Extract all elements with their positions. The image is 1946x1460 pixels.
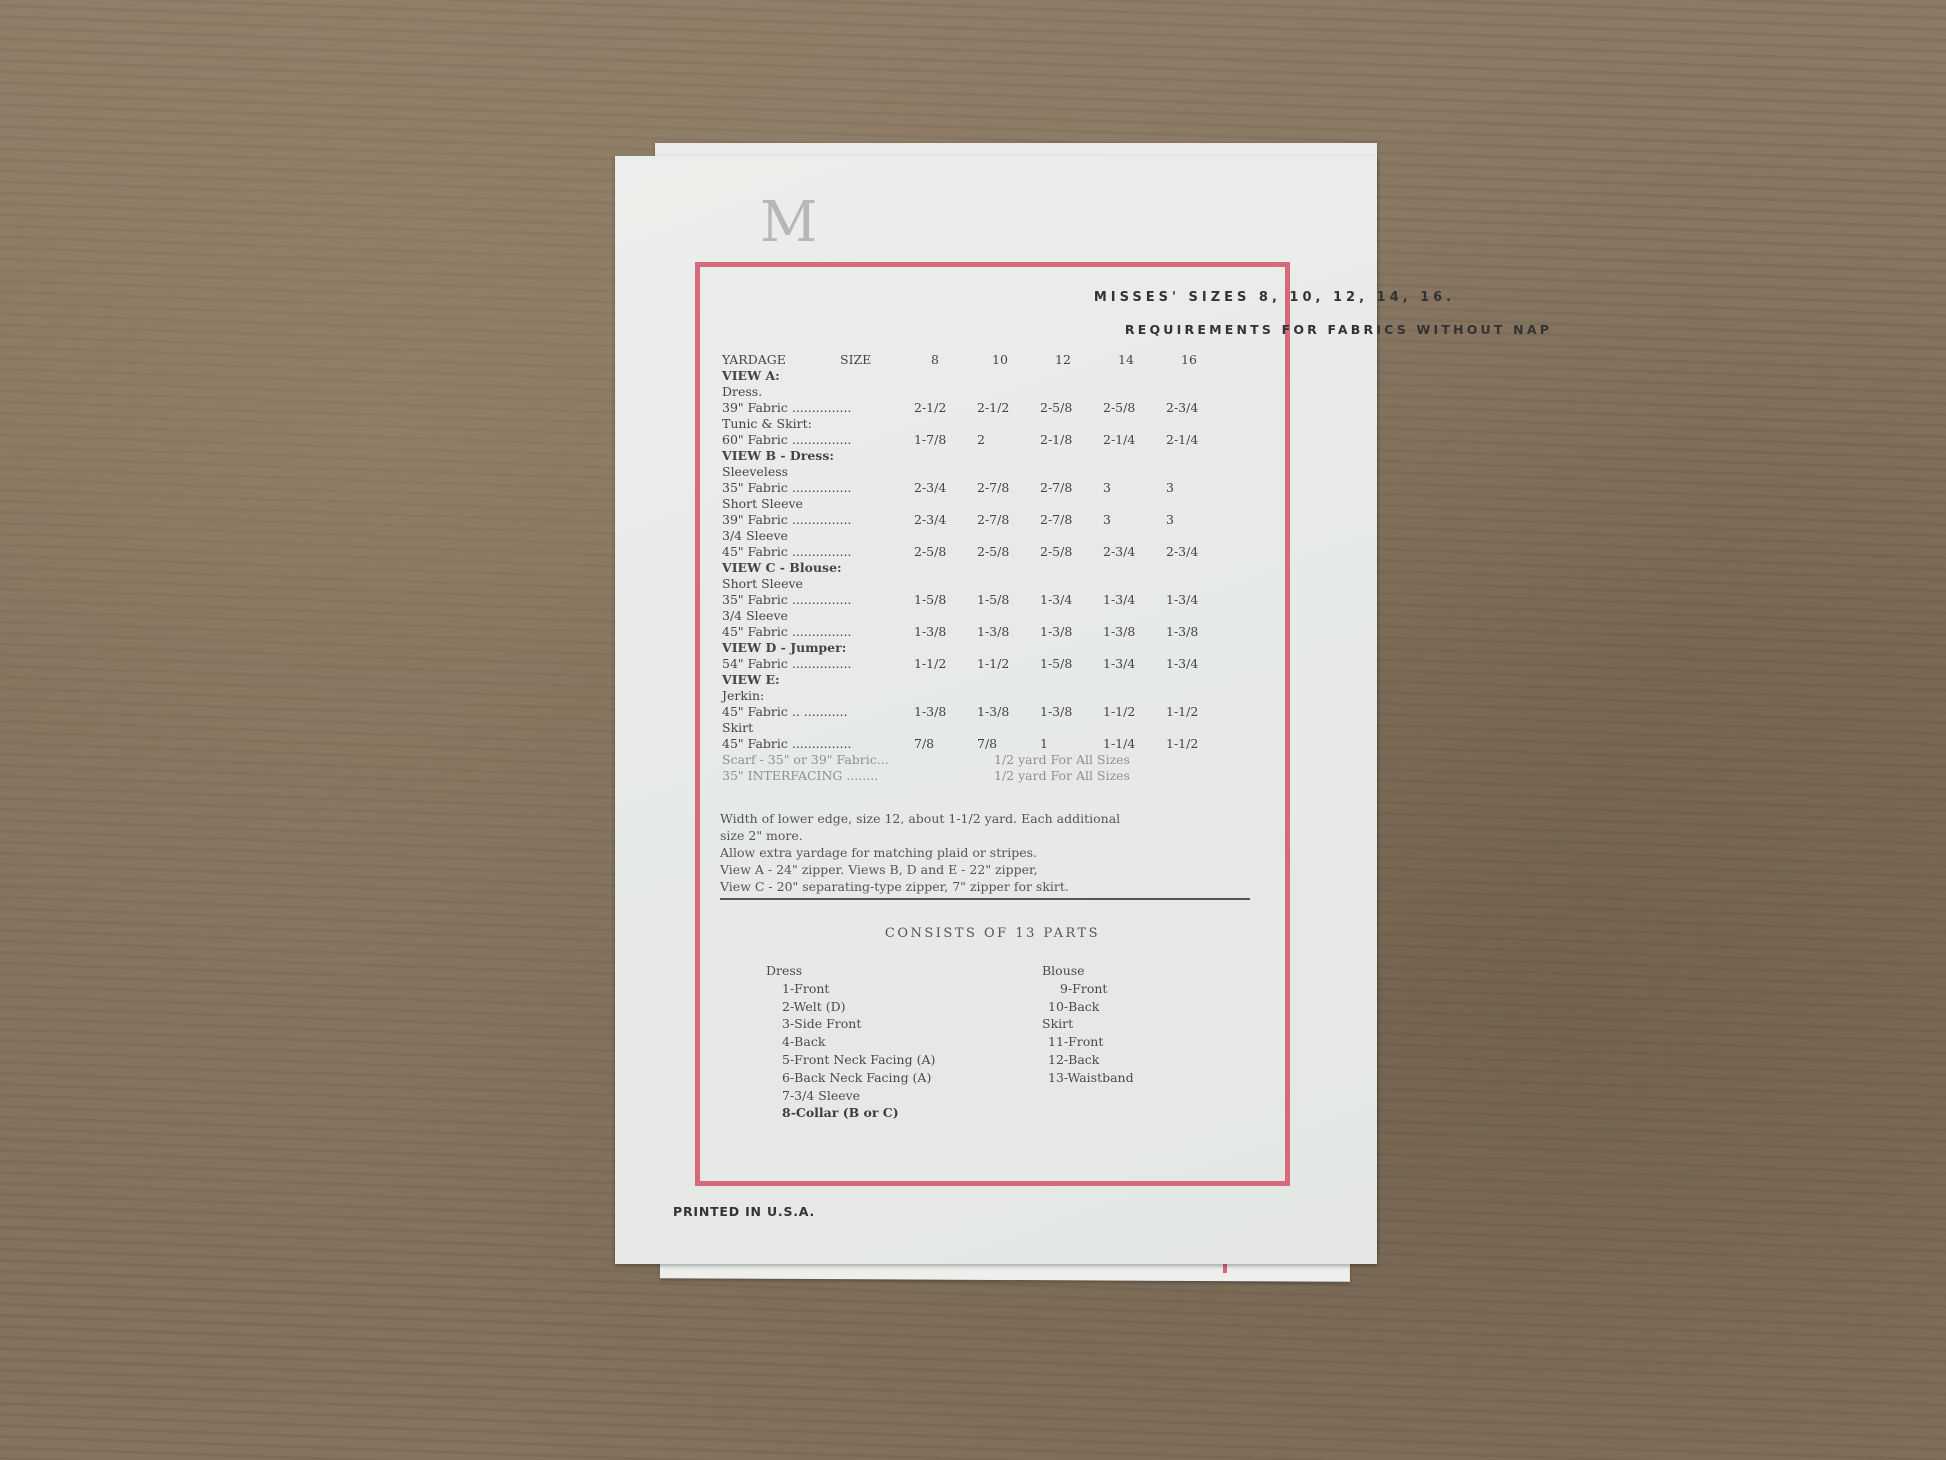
note-line: View A - 24" zipper. Views B, D and E - …: [720, 861, 1260, 878]
parts-column-blouse-skirt: Blouse 9-Front 10-Back Skirt 11-Front 12…: [1042, 962, 1134, 1087]
note-line: size 2" more.: [720, 827, 1260, 844]
part-item: 6-Back Neck Facing (A): [766, 1069, 935, 1087]
yardage-value: 1-3/8: [977, 704, 1009, 720]
requirements-frame: MISSES' SIZES 8, 10, 12, 14, 16. REQUIRE…: [695, 262, 1290, 1186]
yardage-value: 2-7/8: [977, 480, 1009, 496]
row-label: Short Sleeve: [722, 576, 803, 592]
row-label: Skirt: [722, 720, 753, 736]
row-label: Jerkin:: [722, 688, 764, 704]
row-value: 1/2 yard For All Sizes: [994, 752, 1130, 768]
note-line: Allow extra yardage for matching plaid o…: [720, 844, 1260, 861]
yardage-row: 39" Fabric ...............2-1/22-1/22-5/…: [722, 400, 1262, 416]
group-dress-title: Dress: [766, 962, 935, 980]
yardage-value: 3: [1103, 512, 1111, 528]
yardage-row: 45" Fabric ...............7/87/811-1/41-…: [722, 736, 1262, 752]
yardage-value: 1-3/8: [1166, 624, 1198, 640]
view-heading-row: VIEW D - Jumper:: [722, 640, 1262, 656]
size-col-16: 16: [1181, 352, 1197, 368]
group-skirt-title: Skirt: [1042, 1015, 1134, 1033]
garment-subheading-row: Sleeveless: [722, 464, 1262, 480]
yardage-row: 45" Fabric ...............1-3/81-3/81-3/…: [722, 624, 1262, 640]
yardage-value: 1-3/4: [1103, 592, 1135, 608]
row-label: Scarf - 35" or 39" Fabric...: [722, 752, 889, 768]
yardage-value: 3: [1166, 480, 1174, 496]
brand-logo-letter: M: [760, 190, 817, 255]
yardage-value: 1-1/2: [1103, 704, 1135, 720]
part-item: 12-Back: [1042, 1051, 1134, 1069]
row-label: 3/4 Sleeve: [722, 608, 788, 624]
yardage-value: 1-3/4: [1103, 656, 1135, 672]
note-line: View C - 20" separating-type zipper, 7" …: [720, 878, 1260, 895]
yardage-value: 1-3/8: [1040, 624, 1072, 640]
yardage-value: 2-1/8: [1040, 432, 1072, 448]
note-line: Width of lower edge, size 12, about 1-1/…: [720, 810, 1260, 827]
yardage-value: 1-5/8: [914, 592, 946, 608]
section-divider: [720, 898, 1250, 900]
size-label: SIZE: [840, 352, 871, 368]
part-item: 10-Back: [1042, 998, 1134, 1016]
part-item: 3-Side Front: [766, 1015, 935, 1033]
yardage-value: 7/8: [914, 736, 934, 752]
row-label: VIEW A:: [722, 368, 780, 384]
yardage-value: 2-5/8: [1040, 400, 1072, 416]
yardage-value: 2-1/2: [914, 400, 946, 416]
garment-subheading-row: Short Sleeve: [722, 496, 1262, 512]
part-item: 8-Collar (B or C): [766, 1104, 935, 1122]
yardage-row: 45" Fabric .. ...........1-3/81-3/81-3/8…: [722, 704, 1262, 720]
size-col-10: 10: [992, 352, 1008, 368]
garment-subheading-row: Dress.: [722, 384, 1262, 400]
row-label: Dress.: [722, 384, 762, 400]
yardage-value: 1-1/2: [1166, 736, 1198, 752]
yardage-value: 3: [1103, 480, 1111, 496]
part-item: 13-Waistband: [1042, 1069, 1134, 1087]
interfacing-row: 35" INTERFACING ........ 1/2 yard For Al…: [722, 768, 1262, 784]
yardage-value: 2-1/4: [1103, 432, 1135, 448]
requirements-heading: REQUIREMENTS FOR FABRICS WITHOUT NAP: [1046, 322, 1631, 337]
yardage-value: 7/8: [977, 736, 997, 752]
part-item: 9-Front: [1042, 980, 1134, 998]
yardage-label: YARDAGE: [722, 352, 786, 368]
yardage-value: 1-1/2: [977, 656, 1009, 672]
garment-subheading-row: 3/4 Sleeve: [722, 528, 1262, 544]
yardage-value: 2-3/4: [914, 480, 946, 496]
size-col-8: 8: [931, 352, 939, 368]
row-label: 39" Fabric ...............: [722, 512, 851, 528]
row-label: 45" Fabric ...............: [722, 736, 851, 752]
yardage-value: 1: [1040, 736, 1048, 752]
pattern-envelope-back: M MISSES' SIZES 8, 10, 12, 14, 16. REQUI…: [615, 156, 1377, 1264]
part-item: 7-3/4 Sleeve: [766, 1087, 935, 1105]
yardage-value: 1-1/2: [1166, 704, 1198, 720]
yardage-row: 60" Fabric ...............1-7/822-1/82-1…: [722, 432, 1262, 448]
scarf-row: Scarf - 35" or 39" Fabric... 1/2 yard Fo…: [722, 752, 1262, 768]
yardage-value: 1-5/8: [1040, 656, 1072, 672]
row-value: 1/2 yard For All Sizes: [994, 768, 1130, 784]
part-item: 4-Back: [766, 1033, 935, 1051]
yardage-value: 2-7/8: [1040, 512, 1072, 528]
yardage-value: 2-5/8: [977, 544, 1009, 560]
yardage-row: 35" Fabric ...............1-5/81-5/81-3/…: [722, 592, 1262, 608]
row-label: 60" Fabric ...............: [722, 432, 851, 448]
yardage-value: 2-3/4: [914, 512, 946, 528]
row-label: 35" INTERFACING ........: [722, 768, 878, 784]
yardage-value: 2: [977, 432, 985, 448]
yardage-value: 1-3/8: [1103, 624, 1135, 640]
row-label: Sleeveless: [722, 464, 788, 480]
part-item: 11-Front: [1042, 1033, 1134, 1051]
garment-subheading-row: 3/4 Sleeve: [722, 608, 1262, 624]
yardage-value: 2-3/4: [1166, 400, 1198, 416]
yardage-value: 2-3/4: [1166, 544, 1198, 560]
group-blouse-title: Blouse: [1042, 962, 1134, 980]
yardage-value: 3: [1166, 512, 1174, 528]
part-item: 1-Front: [766, 980, 935, 998]
yardage-value: 2-1/2: [977, 400, 1009, 416]
row-label: 35" Fabric ...............: [722, 592, 851, 608]
yardage-rows: VIEW A:Dress.39" Fabric ...............2…: [722, 368, 1262, 752]
yardage-value: 2-3/4: [1103, 544, 1135, 560]
view-heading-row: VIEW A:: [722, 368, 1262, 384]
yardage-table: YARDAGE SIZE 8 10 12 14 16 VIEW A:Dress.…: [722, 352, 1262, 784]
yardage-value: 2-1/4: [1166, 432, 1198, 448]
yardage-value: 1-7/8: [914, 432, 946, 448]
part-item: 5-Front Neck Facing (A): [766, 1051, 935, 1069]
row-label: 45" Fabric ...............: [722, 624, 851, 640]
row-label: VIEW E:: [722, 672, 780, 688]
yardage-value: 1-3/4: [1166, 656, 1198, 672]
sizes-heading: MISSES' SIZES 8, 10, 12, 14, 16.: [982, 290, 1567, 305]
garment-subheading-row: Skirt: [722, 720, 1262, 736]
garment-subheading-row: Tunic & Skirt:: [722, 416, 1262, 432]
yardage-value: 1-3/4: [1166, 592, 1198, 608]
yardage-value: 1-3/4: [1040, 592, 1072, 608]
view-heading-row: VIEW B - Dress:: [722, 448, 1262, 464]
parts-column-dress: Dress 1-Front 2-Welt (D) 3-Side Front 4-…: [766, 962, 935, 1122]
part-item: 2-Welt (D): [766, 998, 935, 1016]
yardage-row: 39" Fabric ...............2-3/42-7/82-7/…: [722, 512, 1262, 528]
yardage-value: 1-5/8: [977, 592, 1009, 608]
row-label: 35" Fabric ...............: [722, 480, 851, 496]
yardage-row: 45" Fabric ...............2-5/82-5/82-5/…: [722, 544, 1262, 560]
garment-subheading-row: Jerkin:: [722, 688, 1262, 704]
row-label: VIEW C - Blouse:: [722, 560, 842, 576]
size-col-12: 12: [1055, 352, 1071, 368]
row-label: 45" Fabric .. ...........: [722, 704, 847, 720]
row-label: Short Sleeve: [722, 496, 803, 512]
yardage-value: 1-3/8: [977, 624, 1009, 640]
yardage-value: 2-5/8: [1103, 400, 1135, 416]
size-col-14: 14: [1118, 352, 1134, 368]
view-heading-row: VIEW E:: [722, 672, 1262, 688]
garment-subheading-row: Short Sleeve: [722, 576, 1262, 592]
parts-heading: CONSISTS OF 13 PARTS: [700, 926, 1285, 941]
yardage-value: 2-5/8: [1040, 544, 1072, 560]
yardage-value: 1-1/2: [914, 656, 946, 672]
yardage-value: 2-7/8: [1040, 480, 1072, 496]
view-heading-row: VIEW C - Blouse:: [722, 560, 1262, 576]
row-label: 3/4 Sleeve: [722, 528, 788, 544]
yardage-row: 35" Fabric ...............2-3/42-7/82-7/…: [722, 480, 1262, 496]
row-label: 54" Fabric ...............: [722, 656, 851, 672]
yardage-value: 1-3/8: [1040, 704, 1072, 720]
yardage-value: 2-7/8: [977, 512, 1009, 528]
notes-block: Width of lower edge, size 12, about 1-1/…: [720, 810, 1260, 895]
yardage-value: 1-1/4: [1103, 736, 1135, 752]
yardage-row: 54" Fabric ...............1-1/21-1/21-5/…: [722, 656, 1262, 672]
row-label: 39" Fabric ...............: [722, 400, 851, 416]
yardage-table-header: YARDAGE SIZE 8 10 12 14 16: [722, 352, 1262, 368]
yardage-value: 1-3/8: [914, 624, 946, 640]
row-label: VIEW B - Dress:: [722, 448, 834, 464]
printed-in-usa-label: PRINTED IN U.S.A.: [673, 1204, 815, 1219]
yardage-value: 1-3/8: [914, 704, 946, 720]
row-label: Tunic & Skirt:: [722, 416, 812, 432]
row-label: VIEW D - Jumper:: [722, 640, 846, 656]
row-label: 45" Fabric ...............: [722, 544, 851, 560]
yardage-value: 2-5/8: [914, 544, 946, 560]
